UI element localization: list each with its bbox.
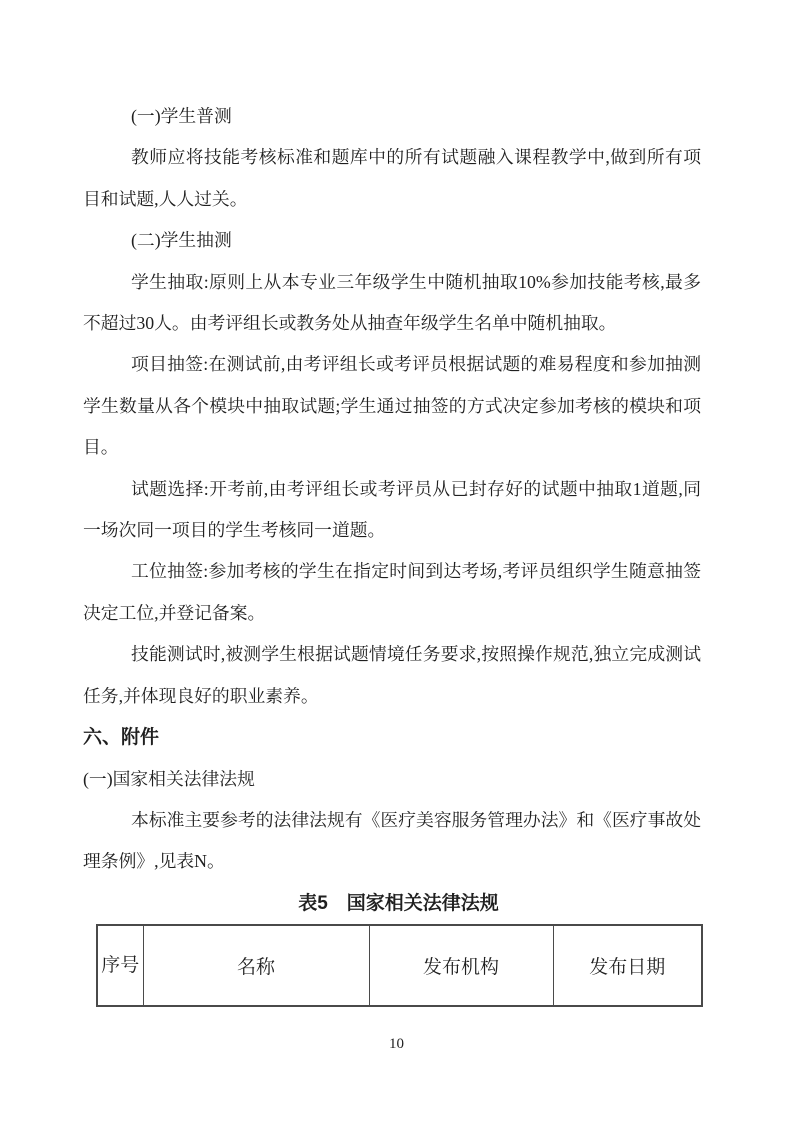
page-number: 10 — [0, 1033, 793, 1055]
document-page: (一)学生普测 教师应将技能考核标准和题库中的所有试题融入课程教学中,做到所有项… — [0, 0, 793, 1122]
section-heading-attachments: 六、附件 — [83, 717, 701, 758]
paragraph-question-selection: 试题选择:开考前,由考评组长或考评员从已封存好的试题中抽取1道题,同一场次同一项… — [83, 469, 701, 552]
laws-table: 序号 名称 发布机构 发布日期 — [96, 924, 703, 1007]
subsection-heading-national-laws: (一)国家相关法律法规 — [83, 759, 701, 800]
paragraph-workstation-draw: 工位抽签:参加考核的学生在指定时间到达考场,考评员组织学生随意抽签决定工位,并登… — [83, 551, 701, 634]
table-header-seq-no: 序号 — [97, 925, 143, 1006]
table-header-issuing-agency: 发布机构 — [369, 925, 553, 1006]
paragraph-laws-reference: 本标准主要参考的法律法规有《医疗美容服务管理办法》和《医疗事故处理条例》,见表N… — [83, 800, 701, 883]
subsection-heading-student-general-test: (一)学生普测 — [83, 96, 701, 137]
paragraph-general-test-desc: 教师应将技能考核标准和题库中的所有试题融入课程教学中,做到所有项目和试题,人人过… — [83, 137, 701, 220]
subsection-heading-student-sample-test: (二)学生抽测 — [83, 220, 701, 261]
paragraph-skill-test-requirements: 技能测试时,被测学生根据试题情境任务要求,按照操作规范,独立完成测试任务,并体现… — [83, 634, 701, 717]
table-header-row: 序号 名称 发布机构 发布日期 — [97, 925, 702, 1006]
paragraph-project-draw: 项目抽签:在测试前,由考评组长或考评员根据试题的难易程度和参加抽测学生数量从各个… — [83, 344, 701, 468]
table-header-issue-date: 发布日期 — [553, 925, 702, 1006]
table-header-name: 名称 — [143, 925, 369, 1006]
table-caption: 表5 国家相关法律法规 — [96, 883, 701, 924]
document-body: (一)学生普测 教师应将技能考核标准和题库中的所有试题融入课程教学中,做到所有项… — [83, 96, 701, 1007]
paragraph-student-selection: 学生抽取:原则上从本专业三年级学生中随机抽取10%参加技能考核,最多不超过30人… — [83, 262, 701, 345]
